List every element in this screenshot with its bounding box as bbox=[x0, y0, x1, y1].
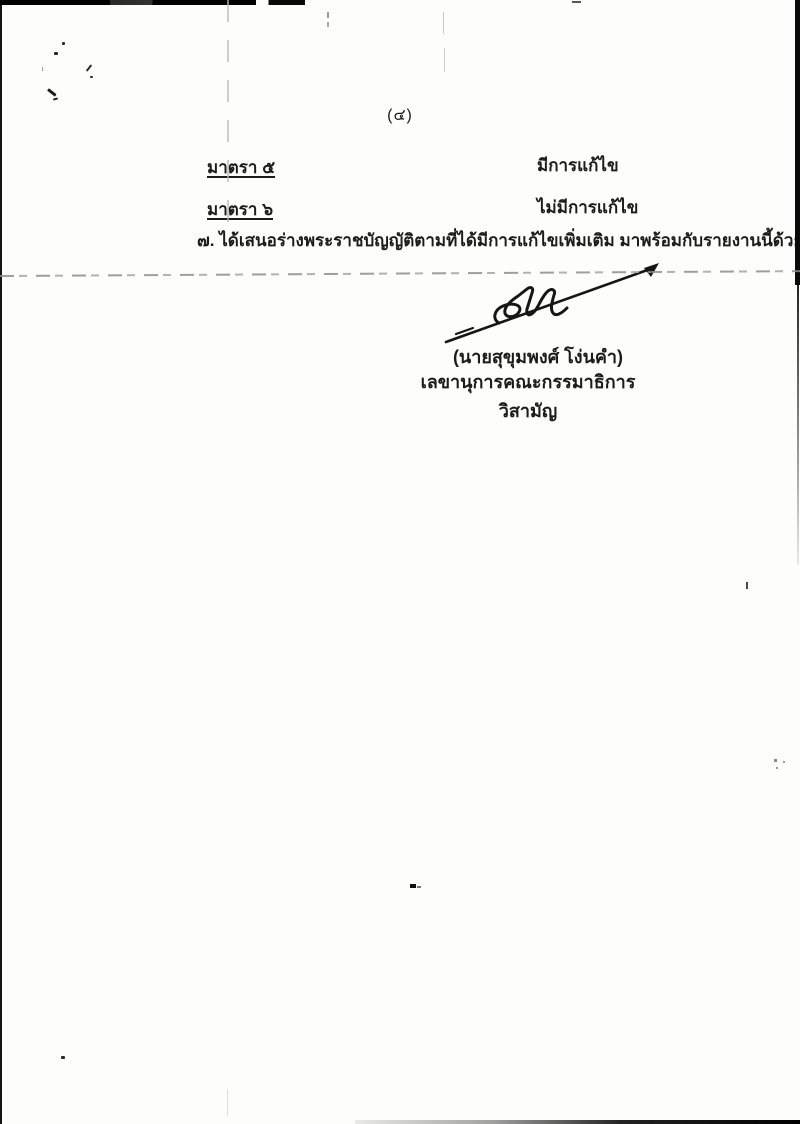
scan-speck-center-tail bbox=[417, 886, 421, 888]
page-number: (๔) bbox=[350, 103, 450, 128]
gray-tick-2 bbox=[327, 22, 329, 27]
section-label-matra-5: มาตรา ๕ bbox=[207, 154, 275, 181]
section-label-matra-6: มาตรา ๖ bbox=[207, 196, 273, 223]
faint-horizontal-scanline bbox=[0, 270, 800, 277]
scan-speck bbox=[62, 42, 65, 45]
faint-vertical-scanline bbox=[227, 0, 229, 232]
scan-speck bbox=[47, 88, 56, 96]
scan-speck bbox=[746, 582, 748, 589]
faint-vertical-scanline-bottom bbox=[227, 1090, 228, 1116]
scan-top-speck bbox=[572, 1, 581, 3]
scan-speck bbox=[42, 67, 43, 71]
scan-speck bbox=[53, 97, 58, 100]
scan-speck bbox=[776, 767, 778, 769]
handwritten-signature bbox=[420, 253, 670, 353]
gray-tick-1 bbox=[327, 12, 329, 18]
scan-speck bbox=[54, 52, 58, 55]
scan-speck bbox=[86, 64, 93, 72]
scan-edge-left bbox=[0, 0, 2, 1124]
scan-speck bbox=[61, 1056, 65, 1059]
scan-speck bbox=[774, 759, 777, 762]
scan-speck bbox=[783, 761, 785, 763]
faint-mark-1 bbox=[443, 12, 444, 34]
faint-mark-2 bbox=[444, 48, 445, 72]
scan-edge-right-upper bbox=[795, 0, 800, 285]
scan-speck bbox=[90, 76, 93, 78]
note-paragraph: ๗. ได้เสนอร่างพระราชบัญญัติตามที่ได้มีกา… bbox=[197, 230, 757, 253]
scanned-document-page: (๔) มาตรา ๕ มีการแก้ไข มาตรา ๖ ไม่มีการแ… bbox=[0, 0, 800, 1124]
scan-edge-top bbox=[0, 0, 305, 5]
scan-speck-center bbox=[410, 884, 416, 888]
scan-edge-bottom bbox=[355, 1120, 800, 1124]
section-status-matra-6: ไม่มีการแก้ไข bbox=[537, 194, 638, 221]
section-status-matra-5: มีการแก้ไข bbox=[537, 152, 619, 179]
signatory-title: เลขานุการคณะกรรมาธิการวิสามัญ bbox=[398, 367, 658, 425]
scan-edge-right-lower bbox=[797, 285, 799, 565]
